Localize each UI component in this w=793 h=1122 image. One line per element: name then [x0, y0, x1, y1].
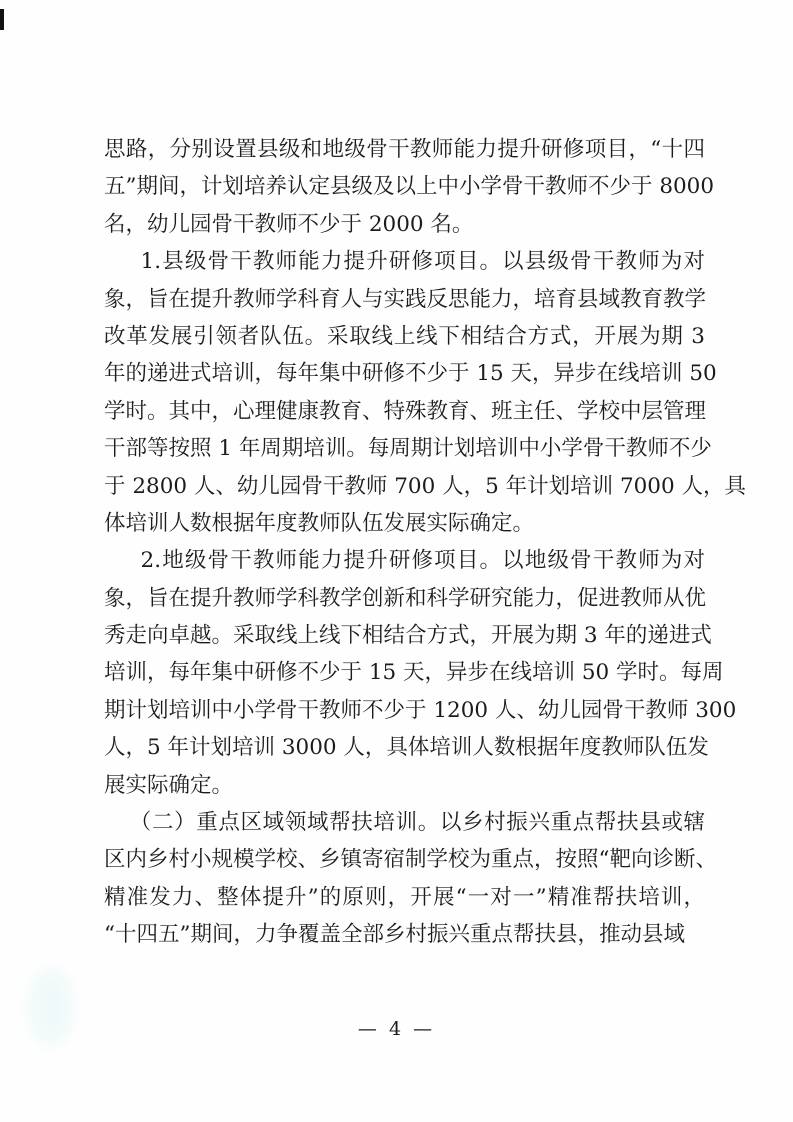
text-line: 于 2800 人、幼儿园骨干教师 700 人，5 年计划培训 7000 人，具 [104, 468, 705, 505]
text-line: 改革发展引领者队伍。采取线上线下相结合方式，开展为期 3 [104, 318, 705, 355]
text-line: 培训，每年集中研修不少于 15 天，异步在线培训 50 学时。每周 [104, 654, 705, 691]
text-line: 学时。其中，心理健康教育、特殊教育、班主任、学校中层管理 [104, 393, 705, 430]
paragraph-overview-continued: 思路，分别设置县级和地级骨干教师能力提升研修项目，“十四五”期间，计划培养认定县… [104, 131, 705, 243]
text-line: 人，5 年计划培训 3000 人，具体培训人数根据年度教师队伍发 [104, 729, 705, 766]
paragraph-key-region-support-training: （二）重点区域领域帮扶培训。以乡村振兴重点帮扶县或辖区内乡村小规模学校、乡镇寄宿… [104, 804, 705, 954]
scan-artifact-mark [0, 9, 4, 30]
text-line: 五”期间，计划培养认定县级及以上中小学骨干教师不少于 8000 [104, 168, 705, 205]
text-line: 展实际确定。 [104, 767, 705, 804]
text-line: （二）重点区域领域帮扶培训。以乡村振兴重点帮扶县或辖 [104, 804, 705, 841]
text-line: 期计划培训中小学骨干教师不少于 1200 人、幼儿园骨干教师 300 [104, 692, 705, 729]
text-line: 精准发力、整体提升”的原则，开展“一对一”精准帮扶培训， [104, 879, 705, 916]
text-line: 象，旨在提升教师学科教学创新和科学研究能力，促进教师从优 [104, 580, 705, 617]
text-line: “十四五”期间，力争覆盖全部乡村振兴重点帮扶县，推动县域 [104, 916, 705, 953]
document-body: 思路，分别设置县级和地级骨干教师能力提升研修项目，“十四五”期间，计划培养认定县… [104, 131, 705, 954]
text-line: 思路，分别设置县级和地级骨干教师能力提升研修项目，“十四 [104, 131, 705, 168]
page-number: — 4 — [358, 1018, 435, 1040]
text-line: 1.县级骨干教师能力提升研修项目。以县级骨干教师为对 [104, 243, 705, 280]
paragraph-county-level-backbone-teacher-project: 1.县级骨干教师能力提升研修项目。以县级骨干教师为对象，旨在提升教师学科育人与实… [104, 243, 705, 542]
text-line: 象，旨在提升教师学科育人与实践反思能力，培育县域教育教学 [104, 281, 705, 318]
paragraph-prefecture-level-backbone-teacher-project: 2.地级骨干教师能力提升研修项目。以地级骨干教师为对象，旨在提升教师学科教学创新… [104, 542, 705, 804]
page-footer: — 4 — [0, 1018, 793, 1040]
text-line: 干部等按照 1 年周期培训。每周期计划培训中小学骨干教师不少 [104, 430, 705, 467]
text-line: 名，幼儿园骨干教师不少于 2000 名。 [104, 206, 705, 243]
text-line: 体培训人数根据年度教师队伍发展实际确定。 [104, 505, 705, 542]
text-line: 2.地级骨干教师能力提升研修项目。以地级骨干教师为对 [104, 542, 705, 579]
text-line: 区内乡村小规模学校、乡镇寄宿制学校为重点，按照“靶向诊断、 [104, 841, 705, 878]
text-line: 年的递进式培训，每年集中研修不少于 15 天，异步在线培训 50 [104, 355, 705, 392]
document-page: 思路，分别设置县级和地级骨干教师能力提升研修项目，“十四五”期间，计划培养认定县… [0, 0, 793, 1122]
text-line: 秀走向卓越。采取线上线下相结合方式，开展为期 3 年的递进式 [104, 617, 705, 654]
